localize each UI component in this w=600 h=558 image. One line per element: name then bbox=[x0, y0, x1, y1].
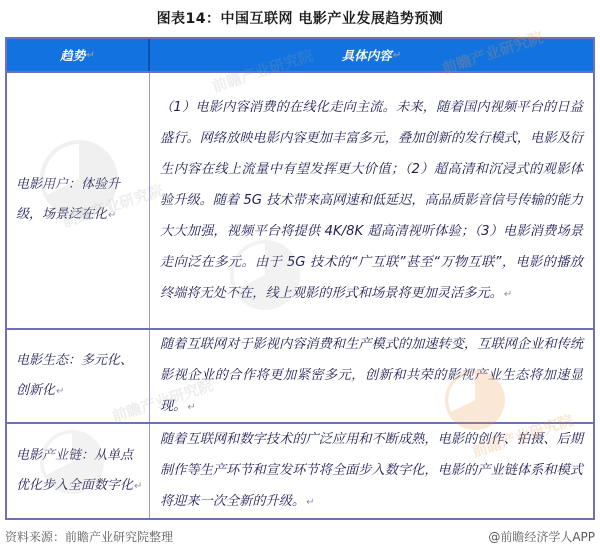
paragraph-mark: ↵ bbox=[134, 481, 142, 492]
trend-cell-industry-chain: 电影产业链：从单点优化步入全面数字化↵ bbox=[7, 424, 150, 518]
table-header-row: 趋势↵ 具体内容↵ bbox=[7, 39, 593, 71]
app-credit: @前瞻经济学人APP bbox=[488, 528, 595, 545]
paragraph-mark: ↵ bbox=[393, 50, 401, 61]
table-row: 电影用户：体验升级，场景泛在化↵ （1）电影内容消费的在线化走向主流。未来，随着… bbox=[7, 71, 593, 328]
source-note: 资料来源：前瞻产业研究院整理 bbox=[5, 528, 173, 545]
document-page: 前瞻产业研究院 前瞻产业研究院 前瞻产业研究院 前瞻产业研究院 前瞻产业研究院 … bbox=[0, 0, 600, 558]
detail-cell-industry-chain: 随着互联网和数字技术的广泛应用和不断成熟，电影的创作、拍摄、后期制作等生产环节和… bbox=[150, 424, 593, 518]
paragraph-mark: ↵ bbox=[86, 50, 94, 61]
trend-text: 电影产业链：从单点优化步入全面数字化 bbox=[16, 448, 133, 493]
trend-text: 电影用户：体验升级，场景泛在化 bbox=[16, 177, 120, 222]
footer: 资料来源：前瞻产业研究院整理 @前瞻经济学人APP bbox=[5, 528, 595, 545]
trend-cell-movie-users: 电影用户：体验升级，场景泛在化↵ bbox=[7, 73, 150, 328]
detail-cell-movie-ecosystem: 随着互联网对于影视内容消费和生产模式的加速转变，互联网企业和传统影视企业的合作将… bbox=[150, 330, 593, 422]
paragraph-mark: ↵ bbox=[306, 497, 314, 508]
detail-text: （1）电影内容消费的在线化走向主流。未来，随着国内视频平台的日益盛行。网络放映电… bbox=[160, 100, 583, 301]
detail-text: 随着互联网和数字技术的广泛应用和不断成熟，电影的创作、拍摄、后期制作等生产环节和… bbox=[160, 432, 583, 509]
paragraph-mark: ↵ bbox=[56, 386, 64, 397]
trend-cell-movie-ecosystem: 电影生态：多元化、创新化↵ bbox=[7, 330, 150, 422]
trend-forecast-table: 趋势↵ 具体内容↵ 电影用户：体验升级，场景泛在化↵ （1）电影内容消费的在线化… bbox=[5, 37, 595, 520]
trend-text: 电影生态：多元化、创新化 bbox=[16, 353, 133, 398]
header-trend-label: 趋势 bbox=[60, 46, 85, 64]
paragraph-mark: ↵ bbox=[187, 402, 195, 413]
table-row: 电影生态：多元化、创新化↵ 随着互联网对于影视内容消费和生产模式的加速转变，互联… bbox=[7, 328, 593, 422]
detail-text: 随着互联网对于影视内容消费和生产模式的加速转变，互联网企业和传统影视企业的合作将… bbox=[160, 337, 583, 414]
header-cell-trend: 趋势↵ bbox=[7, 39, 150, 71]
paragraph-mark: ↵ bbox=[108, 210, 116, 221]
header-detail-label: 具体内容 bbox=[342, 46, 392, 64]
figure-title: 图表14：中国互联网 电影产业发展趋势预测 bbox=[0, 0, 600, 28]
paragraph-mark: ↵ bbox=[504, 289, 512, 300]
table-row: 电影产业链：从单点优化步入全面数字化↵ 随着互联网和数字技术的广泛应用和不断成熟… bbox=[7, 422, 593, 518]
detail-cell-movie-users: （1）电影内容消费的在线化走向主流。未来，随着国内视频平台的日益盛行。网络放映电… bbox=[150, 73, 593, 328]
header-cell-detail: 具体内容↵ bbox=[150, 39, 593, 71]
